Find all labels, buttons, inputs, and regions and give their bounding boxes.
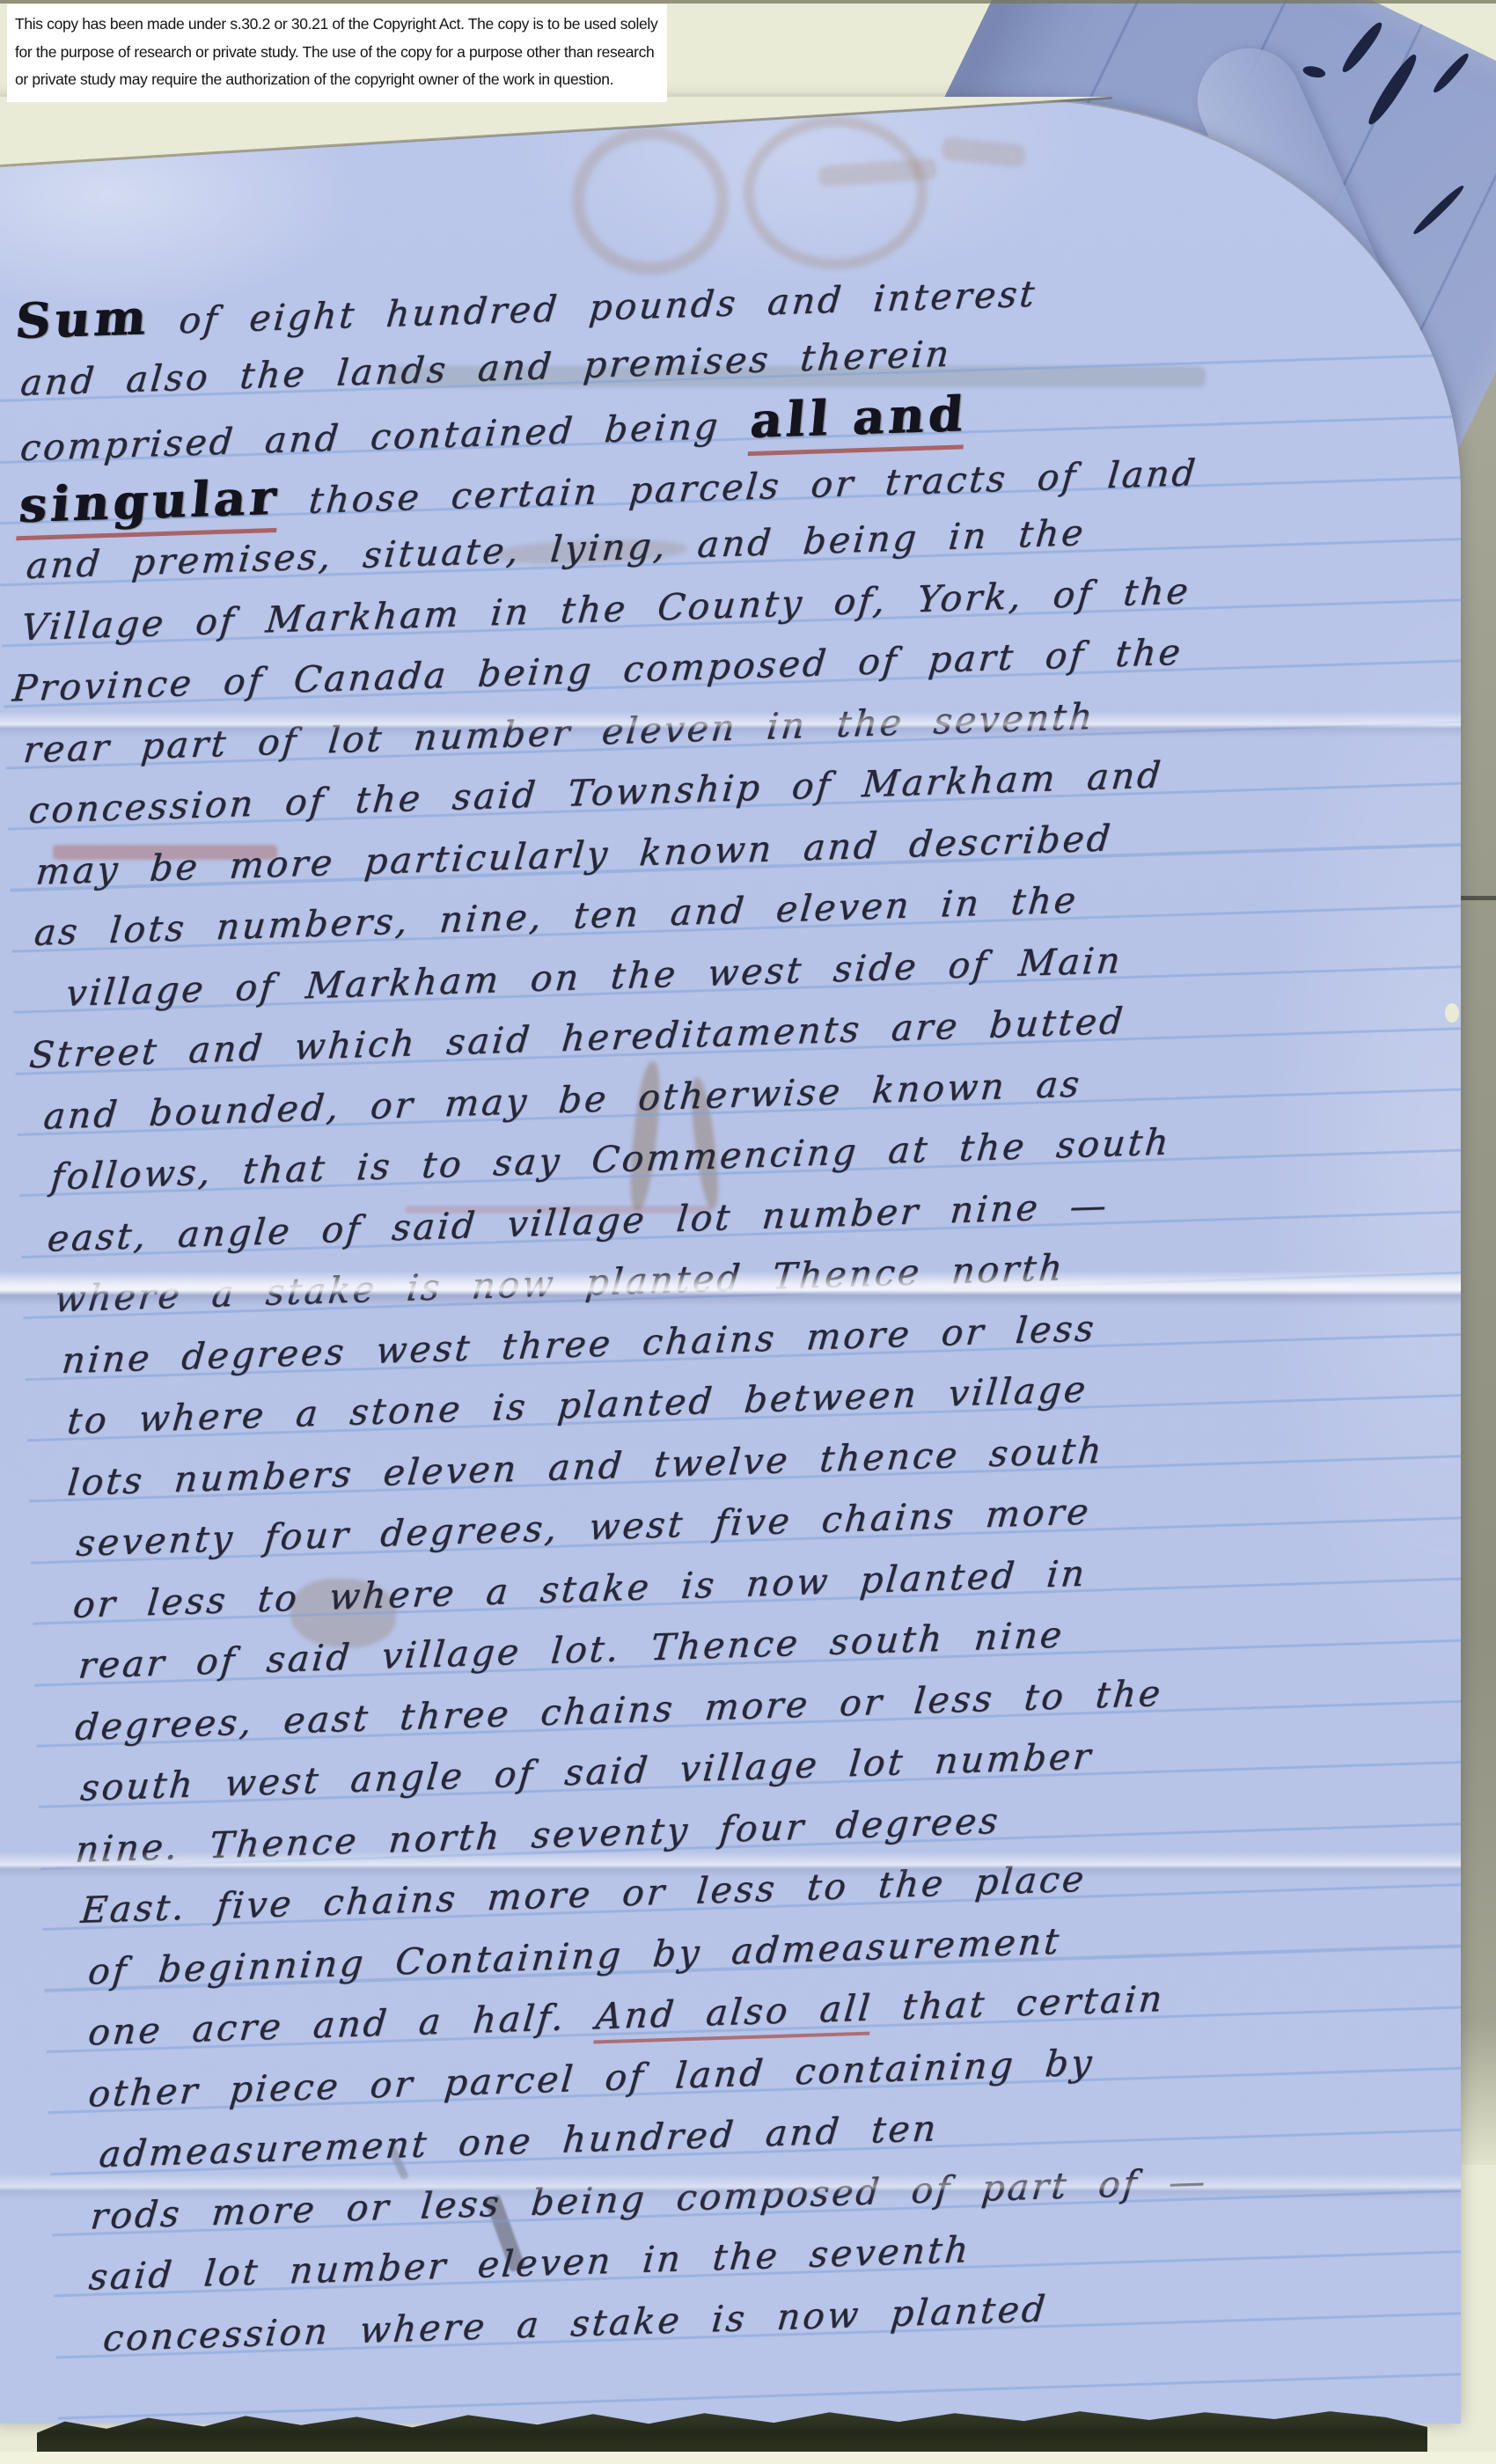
ink-bleed-ghost	[744, 116, 928, 269]
deed-page: Sum of eight hundred pounds and interest…	[0, 99, 1461, 2424]
ink-fragment	[1302, 64, 1326, 79]
ink-bleed-ghost	[941, 136, 1026, 168]
fold-crease	[0, 711, 1461, 737]
copyright-line: or private study may require the authori…	[15, 66, 657, 94]
script-text: that certain	[870, 1977, 1166, 2029]
fold-crease	[0, 1852, 1461, 1878]
scanned-document-image: { "colors": { "background": "#eaebd6", "…	[0, 0, 1496, 2464]
script-text: one acre and a half.	[86, 1995, 598, 2053]
ink-fragment	[1339, 18, 1385, 76]
scanner-edge-line	[0, 0, 1496, 4]
bottom-edge-strip	[0, 2452, 1496, 2464]
ink-fragment	[1412, 182, 1466, 237]
gothic-word-underlined: all and	[747, 385, 969, 456]
copyright-notice: This copy has been made under s.30.2 or …	[7, 4, 667, 102]
gothic-word: Sum	[12, 288, 152, 349]
fold-crease	[0, 2174, 1461, 2200]
copyright-line: for the purpose of research or private s…	[15, 39, 657, 67]
ink-fragment	[1431, 50, 1471, 96]
ink-bleed-ghost	[572, 127, 729, 275]
gothic-word-underlined: singular	[16, 468, 282, 541]
ink-fragment	[1365, 51, 1420, 128]
underlined-phrase: And also all	[593, 1986, 874, 2043]
fold-crease	[0, 1271, 1461, 1306]
ruled-writing-area: Sum of eight hundred pounds and interest…	[0, 249, 1461, 2424]
copyright-line: This copy has been made under s.30.2 or …	[15, 11, 657, 39]
page-edge-nick	[1445, 1003, 1459, 1023]
